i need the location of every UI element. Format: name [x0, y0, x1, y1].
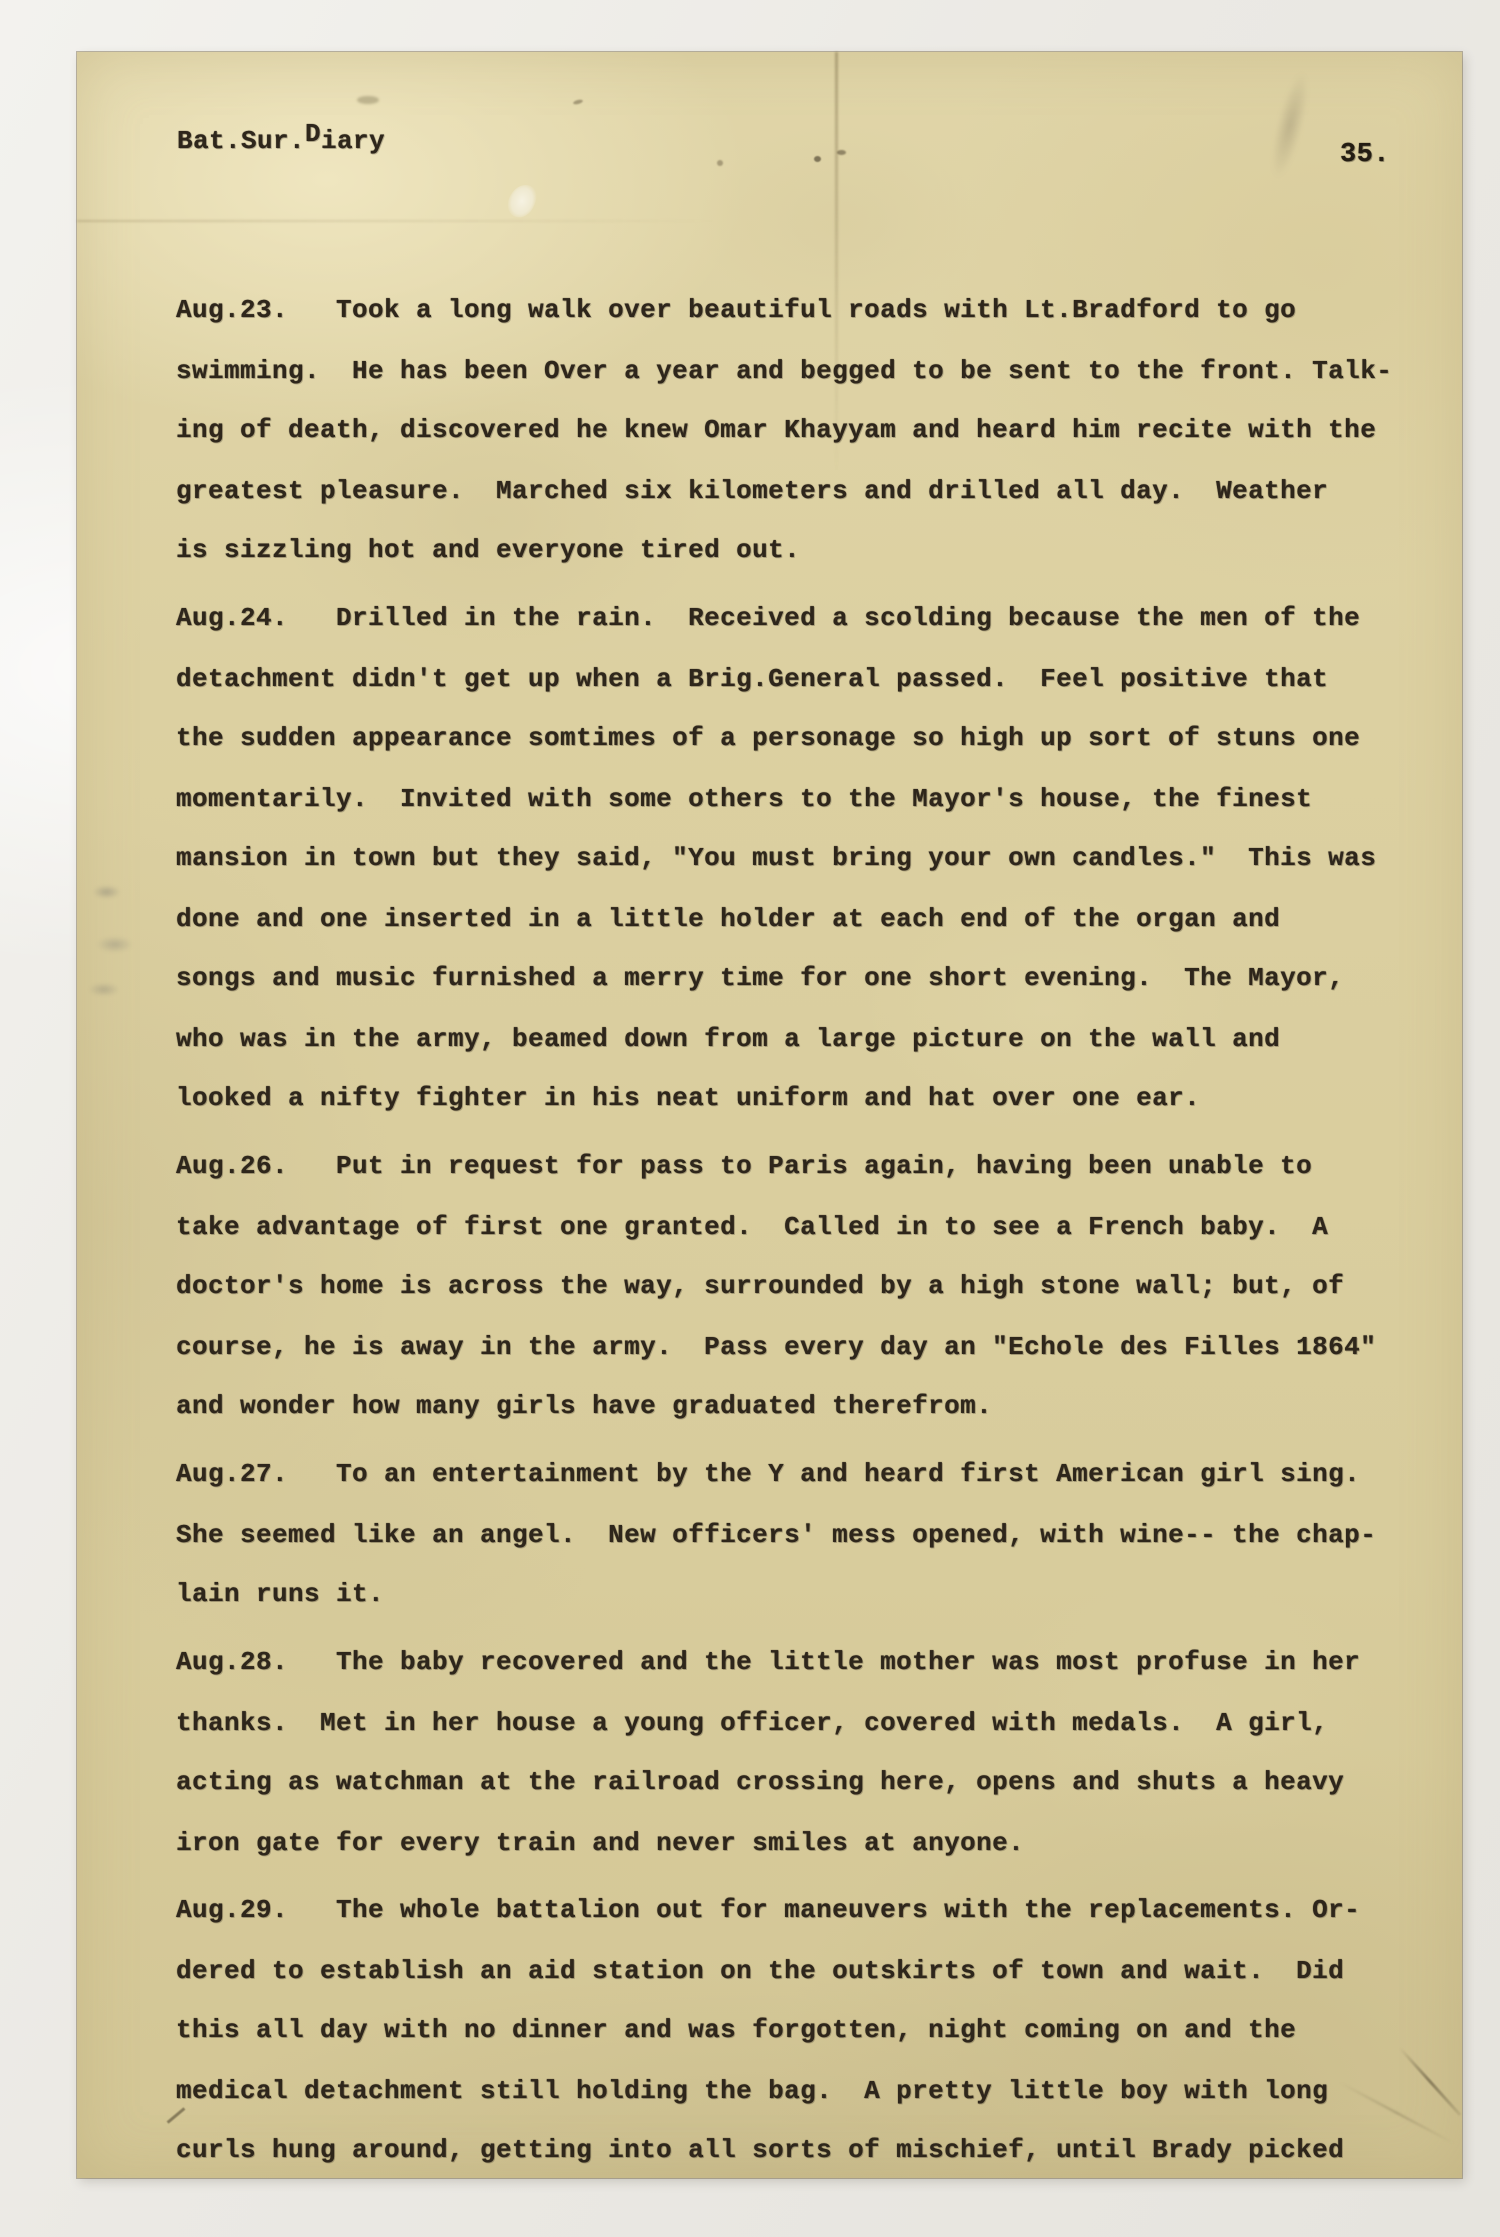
diary-line: curls hung around, getting into all sort… [176, 2120, 1446, 2180]
ink-speck [573, 99, 584, 105]
diary-entry: Aug.23. Took a long walk over beautiful … [176, 280, 1446, 580]
horizontal-crease [77, 220, 717, 222]
diary-line: detachment didn't get up when a Brig.Gen… [176, 649, 1446, 709]
smudge-mark [1264, 68, 1316, 181]
diary-entry: Aug.28. The baby recovered and the littl… [176, 1632, 1446, 1872]
diary-line: lain runs it. [176, 1564, 1446, 1624]
diary-line: greatest pleasure. Marched six kilometer… [176, 461, 1446, 521]
diary-line: iron gate for every train and never smil… [176, 1813, 1446, 1873]
diary-line: is sizzling hot and everyone tired out. [176, 520, 1446, 580]
smudge-mark [357, 96, 379, 104]
diary-line: and wonder how many girls have graduated… [176, 1376, 1446, 1436]
diary-line: take advantage of first one granted. Cal… [176, 1197, 1446, 1257]
diary-line: mansion in town but they said, "You must… [176, 828, 1446, 888]
diary-line: thanks. Met in her house a young officer… [176, 1693, 1446, 1753]
ink-speck [717, 160, 723, 166]
diary-line: course, he is away in the army. Pass eve… [176, 1317, 1446, 1377]
margin-smudge [85, 862, 139, 1012]
page-title-raised-letter: D [305, 119, 321, 149]
diary-line: dered to establish an aid station on the… [176, 1941, 1446, 2001]
diary-entry: Aug.26. Put in request for pass to Paris… [176, 1136, 1446, 1436]
diary-line: She seemed like an angel. New officers' … [176, 1505, 1446, 1565]
diary-entry: Aug.24. Drilled in the rain. Received a … [176, 588, 1446, 1128]
scanner-background: Bat.Sur.Diary 35. Aug.23. Took a long wa… [0, 0, 1500, 2237]
diary-line: Aug.26. Put in request for pass to Paris… [176, 1136, 1446, 1196]
page-title-prefix: Bat.Sur. [177, 126, 305, 156]
diary-page-paper: Bat.Sur.Diary 35. Aug.23. Took a long wa… [77, 52, 1462, 2178]
diary-line: who was in the army, beamed down from a … [176, 1009, 1446, 1069]
diary-line: swimming. He has been Over a year and be… [176, 341, 1446, 401]
page-number: 35. [1340, 140, 1390, 170]
paper-defect-spot [504, 181, 540, 222]
diary-line: acting as watchman at the railroad cross… [176, 1752, 1446, 1812]
diary-line: doctor's home is across the way, surroun… [176, 1256, 1446, 1316]
ink-speck [814, 156, 821, 162]
diary-line: momentarily. Invited with some others to… [176, 769, 1446, 829]
diary-line: Aug.28. The baby recovered and the littl… [176, 1632, 1446, 1692]
diary-line: Aug.29. The whole battalion out for mane… [176, 1880, 1446, 1940]
diary-line: songs and music furnished a merry time f… [176, 948, 1446, 1008]
page-title: Bat.Sur.Diary [177, 126, 385, 156]
page-title-rest: iary [321, 126, 385, 156]
diary-line: Aug.27. To an entertainment by the Y and… [176, 1444, 1446, 1504]
diary-line: done and one inserted in a little holder… [176, 889, 1446, 949]
diary-entries: Aug.23. Took a long walk over beautiful … [176, 280, 1446, 2188]
diary-line: the sudden appearance somtimes of a pers… [176, 708, 1446, 768]
diary-entry: Aug.29. The whole battalion out for mane… [176, 1880, 1446, 2180]
diary-line: Aug.24. Drilled in the rain. Received a … [176, 588, 1446, 648]
diary-line: looked a nifty fighter in his neat unifo… [176, 1068, 1446, 1128]
diary-line: medical detachment still holding the bag… [176, 2061, 1446, 2121]
diary-line: Aug.23. Took a long walk over beautiful … [176, 280, 1446, 340]
ink-speck [837, 150, 846, 155]
diary-line: ing of death, discovered he knew Omar Kh… [176, 400, 1446, 460]
diary-entry: Aug.27. To an entertainment by the Y and… [176, 1444, 1446, 1624]
diary-line: this all day with no dinner and was forg… [176, 2000, 1446, 2060]
